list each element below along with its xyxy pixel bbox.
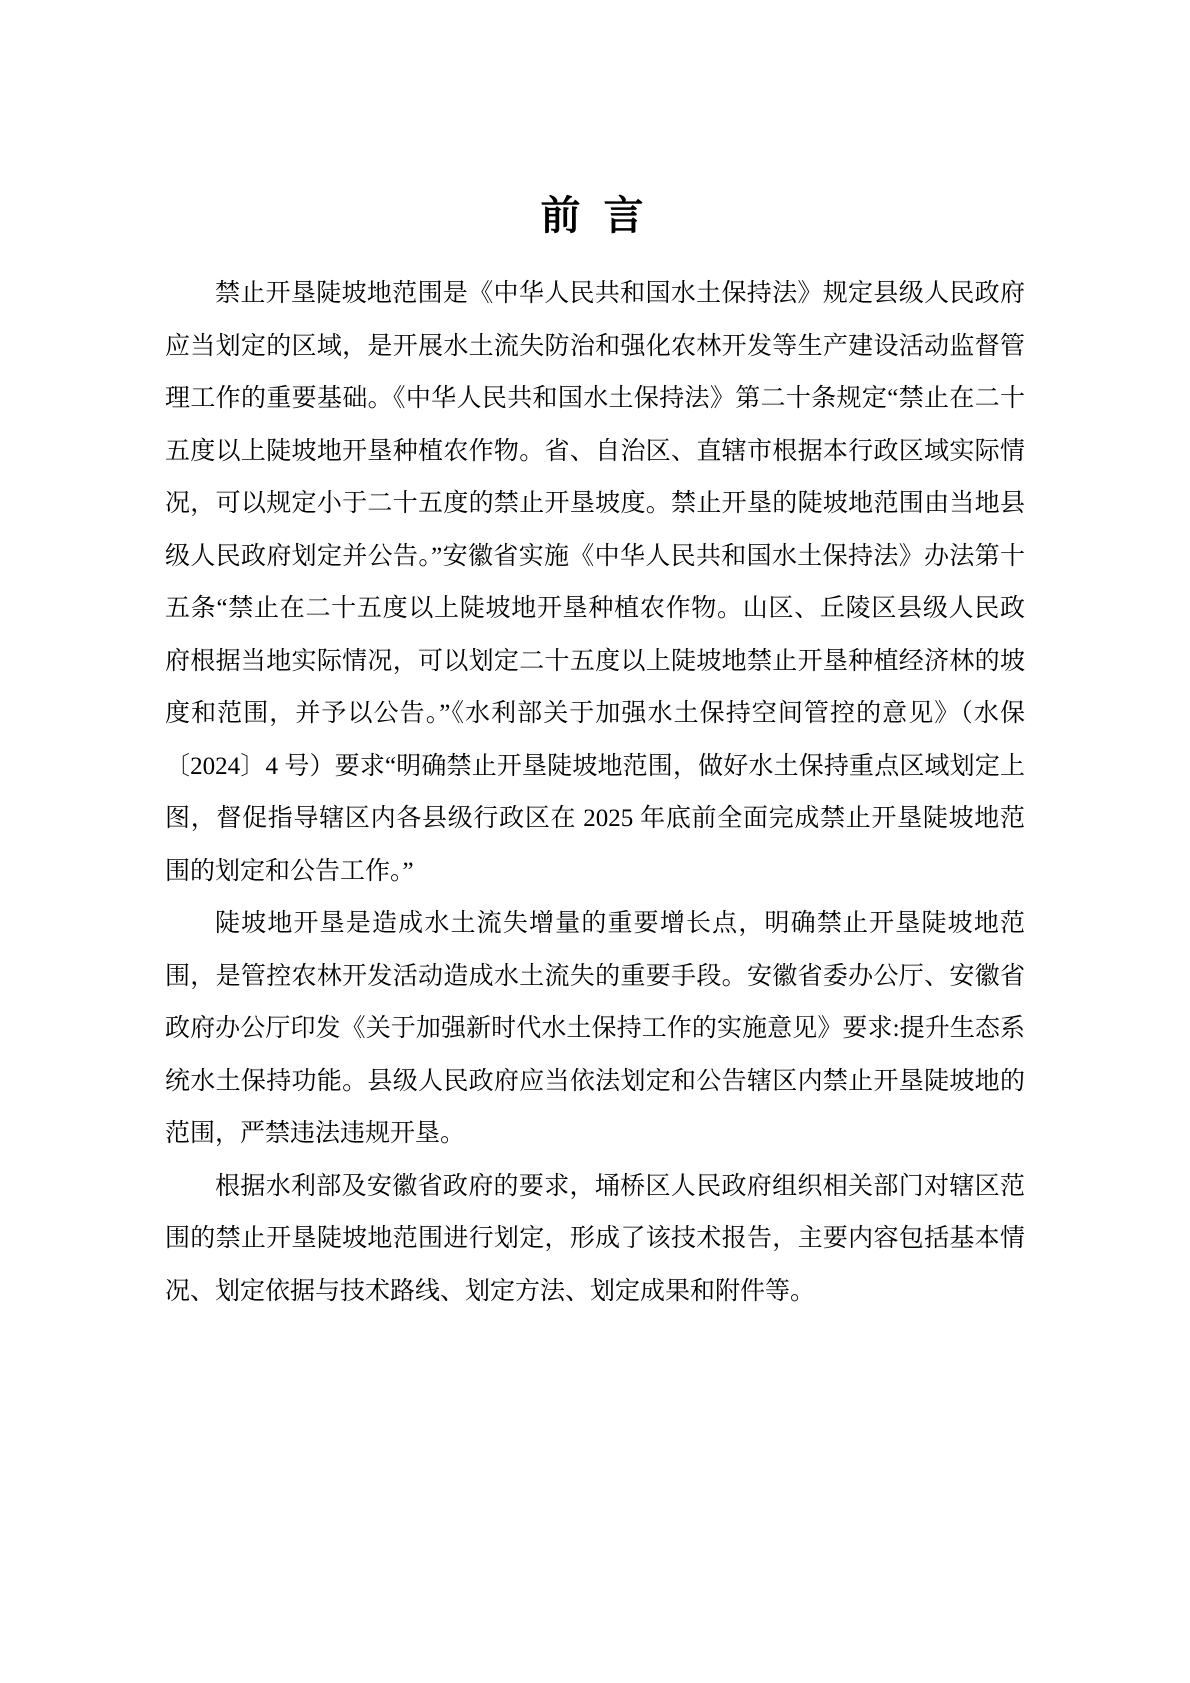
document-page: 前 言 禁止开垦陡坡地范围是《中华人民共和国水土保持法》规定县级人民政府应当划定… <box>0 0 1190 1683</box>
page-title: 前 言 <box>165 192 1025 240</box>
preface-paragraph: 陡坡地开垦是造成水土流失增量的重要增长点，明确禁止开垦陡坡地范围，是管控农林开发… <box>165 898 1025 1161</box>
preface-body: 禁止开垦陡坡地范围是《中华人民共和国水土保持法》规定县级人民政府应当划定的区域，… <box>165 268 1025 1318</box>
preface-paragraph: 禁止开垦陡坡地范围是《中华人民共和国水土保持法》规定县级人民政府应当划定的区域，… <box>165 268 1025 898</box>
preface-paragraph: 根据水利部及安徽省政府的要求，埇桥区人民政府组织相关部门对辖区范围的禁止开垦陡坡… <box>165 1161 1025 1319</box>
